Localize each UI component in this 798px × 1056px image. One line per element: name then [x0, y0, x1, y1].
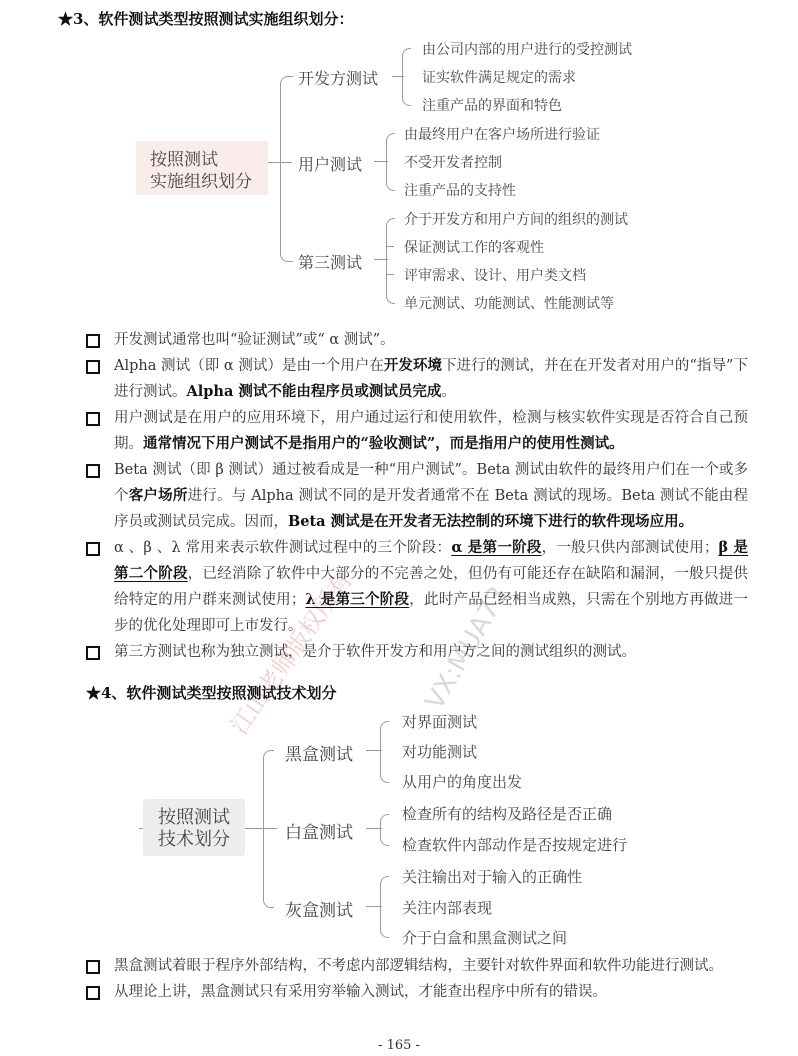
leaf: 介于白盒和黑盒测试之间 — [402, 927, 567, 948]
mindmap-technique: 按照测试 技术划分 黑盒测试 白盒测试 灰盒测试 对界面测试 对功能测试 从用户… — [0, 0, 798, 960]
leaf: 从用户的角度出发 — [402, 771, 522, 792]
branch-black-box: 黑盒测试 — [285, 740, 353, 765]
mindmap-root: 按照测试 技术划分 — [143, 799, 245, 856]
bullet-item: 从理论上讲，黑盒测试只有采用穷举输入测试，才能查出程序中所有的错误。 — [86, 979, 748, 1005]
section4-bullets: 黑盒测试着眼于程序外部结构，不考虑内部逻辑结构，主要针对软件界面和软件功能进行测… — [86, 953, 748, 1005]
leaf: 检查所有的结构及路径是否正确 — [402, 803, 612, 824]
bullet-text: 黑盒测试着眼于程序外部结构，不考虑内部逻辑结构，主要针对软件界面和软件功能进行测… — [114, 958, 723, 974]
leaf: 关注内部表现 — [402, 897, 492, 918]
leaf: 检查软件内部动作是否按规定进行 — [402, 834, 627, 855]
checkbox-bullet-icon — [86, 960, 100, 974]
leaf: 关注输出对于输入的正确性 — [402, 866, 582, 887]
bullet-item: 黑盒测试着眼于程序外部结构，不考虑内部逻辑结构，主要针对软件界面和软件功能进行测… — [86, 953, 748, 979]
branch-gray-box: 灰盒测试 — [285, 896, 353, 921]
leaf: 对界面测试 — [402, 711, 477, 732]
branch-white-box: 白盒测试 — [285, 818, 353, 843]
leaf: 对功能测试 — [402, 741, 477, 762]
checkbox-bullet-icon — [86, 986, 100, 1000]
page-number: - 165 - — [0, 1038, 798, 1053]
bullet-text: 从理论上讲，黑盒测试只有采用穷举输入测试，才能查出程序中所有的错误。 — [114, 984, 607, 1000]
